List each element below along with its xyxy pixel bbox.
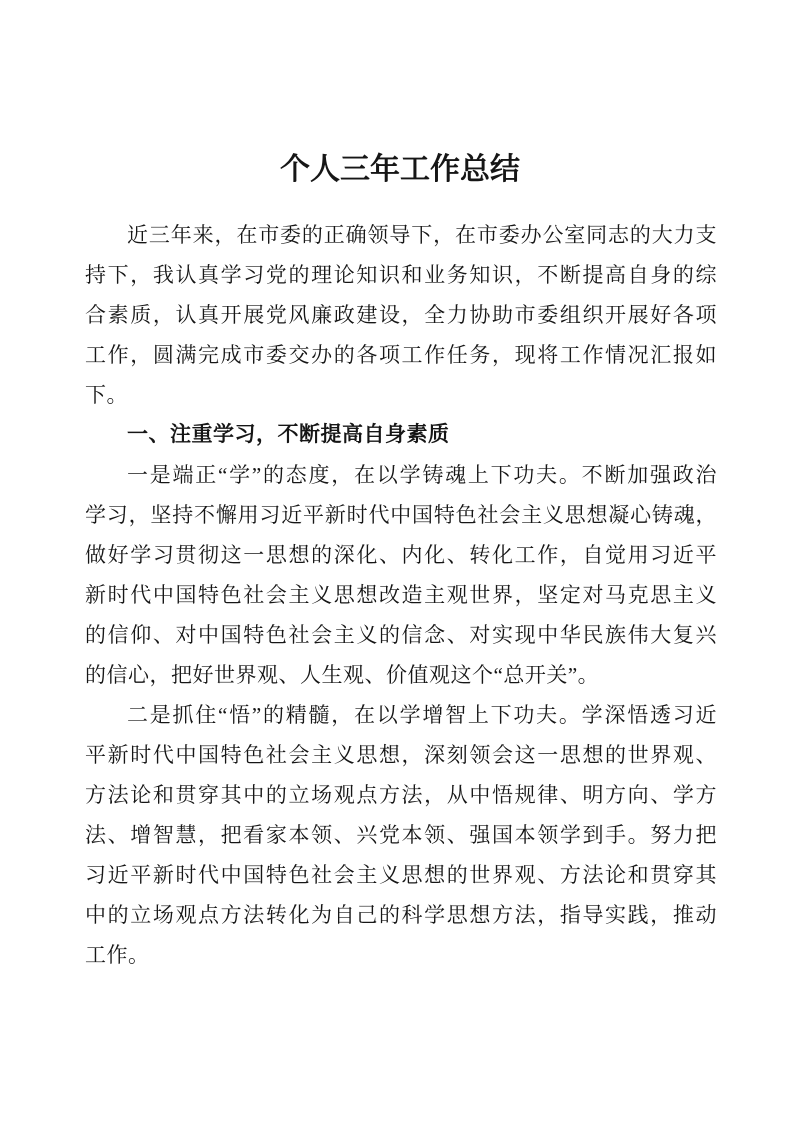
text-line: 新时代中国特色社会主义思想改造主观世界，坚定对马克思主义 <box>85 575 717 615</box>
section-heading: 一、注重学习，不断提高自身素质 <box>85 415 717 455</box>
text-line: 一是端正“学”的态度，在以学铸魂上下功夫。不断加强政治 <box>85 455 717 495</box>
text-line: 的信心，把好世界观、人生观、价值观这个“总开关”。 <box>85 655 717 695</box>
text-line: 工作，圆满完成市委交办的各项工作任务，现将工作情况汇报如 <box>85 335 717 375</box>
text-line: 二是抓住“悟”的精髓，在以学增智上下功夫。学深悟透习近 <box>85 695 717 735</box>
text-line: 平新时代中国特色社会主义思想，深刻领会这一思想的世界观、 <box>85 735 717 775</box>
text-line: 习近平新时代中国特色社会主义思想的世界观、方法论和贯穿其 <box>85 855 717 895</box>
text-line: 法、增智慧，把看家本领、兴党本领、强国本领学到手。努力把 <box>85 815 717 855</box>
paragraph: 一是端正“学”的态度，在以学铸魂上下功夫。不断加强政治学习，坚持不懈用习近平新时… <box>85 455 717 695</box>
document-page: 个人三年工作总结 近三年来，在市委的正确领导下，在市委办公室同志的大力支持下，我… <box>0 0 800 1131</box>
text-line: 下。 <box>85 375 717 415</box>
text-line: 持下，我认真学习党的理论知识和业务知识，不断提高自身的综 <box>85 255 717 295</box>
document-body: 近三年来，在市委的正确领导下，在市委办公室同志的大力支持下，我认真学习党的理论知… <box>85 215 717 975</box>
text-line: 近三年来，在市委的正确领导下，在市委办公室同志的大力支 <box>85 215 717 255</box>
text-line: 方法论和贯穿其中的立场观点方法，从中悟规律、明方向、学方 <box>85 775 717 815</box>
text-line: 工作。 <box>85 935 717 975</box>
text-line: 合素质，认真开展党风廉政建设，全力协助市委组织开展好各项 <box>85 295 717 335</box>
document-title: 个人三年工作总结 <box>0 0 800 190</box>
text-line: 的信仰、对中国特色社会主义的信念、对实现中华民族伟大复兴 <box>85 615 717 655</box>
paragraph: 二是抓住“悟”的精髓，在以学增智上下功夫。学深悟透习近平新时代中国特色社会主义思… <box>85 695 717 975</box>
text-line: 学习，坚持不懈用习近平新时代中国特色社会主义思想凝心铸魂， <box>85 495 717 535</box>
paragraph: 近三年来，在市委的正确领导下，在市委办公室同志的大力支持下，我认真学习党的理论知… <box>85 215 717 415</box>
text-line: 中的立场观点方法转化为自己的科学思想方法，指导实践，推动 <box>85 895 717 935</box>
text-line: 做好学习贯彻这一思想的深化、内化、转化工作，自觉用习近平 <box>85 535 717 575</box>
